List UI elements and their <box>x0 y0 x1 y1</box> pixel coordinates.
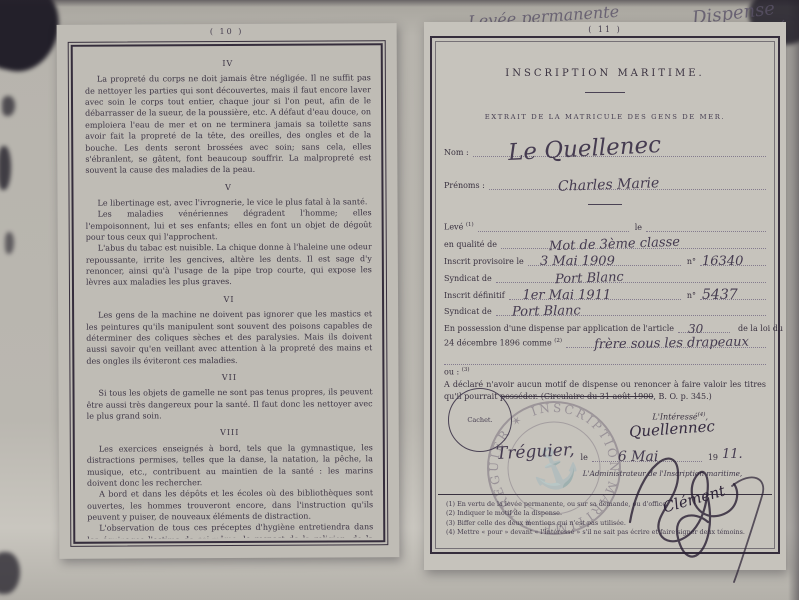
field-leve-line <box>478 220 629 232</box>
field-qualite: en qualité de Mot de 3ème classe <box>444 237 766 249</box>
photo-edge-shadow <box>788 0 799 600</box>
field-syndicat2-line: Port Blanc <box>496 304 766 316</box>
paragraph: Les maladies vénériennes dégradent l'hom… <box>86 208 372 244</box>
field-inscrit-provisoire: Inscrit provisoire le 3 Mai 1909 n° 1634… <box>444 254 766 266</box>
field-syndicat-2: Syndicat de Port Blanc <box>444 304 766 316</box>
left-page: ( 10 ) IV La propreté du corps ne doit j… <box>57 23 400 559</box>
field-ou: ou : (3) <box>444 367 766 377</box>
dispense-text-2: 24 décembre 1896 comme (2) <box>444 338 566 348</box>
place-value: Tréguier, <box>496 440 575 464</box>
photo-edge-shadow <box>0 0 799 7</box>
le-label: le <box>575 453 592 462</box>
dispense-motif-line: frère sous les drapeaux <box>566 336 766 348</box>
field-inscrit-def-label: Inscrit définitif <box>444 291 509 300</box>
field-qualite-label: en qualité de <box>444 240 501 249</box>
field-syndicat-1: Syndicat de Port Blanc <box>444 271 766 283</box>
field-leve-le-label: le <box>629 223 646 232</box>
field-qualite-line: Mot de 3ème classe <box>501 237 766 249</box>
dispense-text-1: En possession d'une dispense par applica… <box>444 324 678 333</box>
field-inscrit-definitif: Inscrit définitif 1er Mai 1911 n° 5437 <box>444 288 766 300</box>
numero-label: n° <box>681 291 700 300</box>
field-prenoms-label: Prénoms : <box>444 181 489 190</box>
scanned-booklet-photo: Levée permanente Dispense ( 10 ) IV La p… <box>0 0 799 600</box>
field-nom: Nom : Le Quellenec <box>444 145 766 157</box>
title-rule <box>585 92 625 93</box>
field-inscrit-def-line: 1er Mai 1911 <box>509 288 681 300</box>
right-page: ( 11 ) INSCRIPTION MARITIME. EXTRAIT DE … <box>424 22 786 570</box>
field-leve-label: Levé (1) <box>444 222 478 232</box>
field-prenoms-line: Charles Marie <box>489 178 766 190</box>
field-inscrit-def-no-line: 5437 <box>700 288 766 300</box>
photo-stain <box>0 146 11 190</box>
dispense-motif-value: frère sous les drapeaux <box>594 335 749 353</box>
field-inscrit-def-no: 5437 <box>702 287 738 303</box>
field-dispense-line2: 24 décembre 1896 comme (2) frère sous le… <box>444 336 766 348</box>
blank-dotted-line <box>444 353 766 365</box>
field-nom-line: Le Quellenec <box>473 145 766 157</box>
dispense-continuation-line <box>444 353 766 365</box>
paragraph: L'abus du tabac est nuisible. La chique … <box>86 242 372 289</box>
form-subtitle: EXTRAIT DE LA MATRICULE DES GENS DE MER. <box>444 113 766 121</box>
paragraph: Les exercices enseignés à bord, tels que… <box>87 442 373 489</box>
field-dispense-line1: En possession d'une dispense par applica… <box>444 321 766 333</box>
section-heading: VII <box>86 371 372 384</box>
paragraph: L'observation de tous ces préceptes d'hy… <box>87 522 373 539</box>
left-page-text: IV La propreté du corps ne doit jamais ê… <box>85 51 374 538</box>
dispense-text-1b: de la loi du <box>730 324 787 333</box>
field-nom-label: Nom : <box>444 148 473 157</box>
paragraph: La propreté du corps ne doit jamais être… <box>85 73 372 177</box>
right-page-number: ( 11 ) <box>424 25 786 34</box>
field-syndicat2-value: Port Blanc <box>512 303 581 319</box>
paragraph: Les gens de la machine ne doivent pas ig… <box>86 308 372 366</box>
paragraph: Si tous les objets de gamelle ne sont pa… <box>87 387 373 423</box>
field-inscrit-prov-no-line: 16340 <box>700 254 766 266</box>
paragraph: A bord et dans les dépôts et les écoles … <box>87 487 373 523</box>
left-page-number: ( 10 ) <box>57 26 397 37</box>
field-syndicat2-label: Syndicat de <box>444 307 496 316</box>
field-syndicat1-label: Syndicat de <box>444 274 496 283</box>
photo-stain <box>0 552 20 594</box>
field-syndicat1-value: Port Blanc <box>555 270 624 287</box>
form-title: INSCRIPTION MARITIME. <box>444 68 766 79</box>
field-prenoms: Prénoms : Charles Marie <box>444 178 766 190</box>
field-inscrit-prov-no: 16340 <box>702 254 743 269</box>
section-heading: V <box>85 181 371 194</box>
field-leve: Levé (1) le <box>444 220 766 232</box>
section-heading: VI <box>86 293 372 306</box>
field-inscrit-prov-value: 3 Mai 1909 <box>540 254 615 269</box>
dispense-article-value: 30 <box>688 322 703 336</box>
photo-stain <box>2 96 15 116</box>
section-heading: VIII <box>87 427 373 440</box>
field-syndicat1-line: Port Blanc <box>496 271 766 283</box>
field-inscrit-def-value: 1er Mai 1911 <box>522 288 611 303</box>
field-inscrit-prov-label: Inscrit provisoire le <box>444 257 528 266</box>
ou-label: ou : (3) <box>444 367 474 377</box>
dispense-article-line: 30 <box>678 321 730 333</box>
numero-label: n° <box>681 257 700 266</box>
field-leve-date-line <box>646 220 766 232</box>
field-inscrit-prov-line: 3 Mai 1909 <box>528 254 681 266</box>
section-heading: IV <box>85 57 371 70</box>
divider-rule <box>588 204 622 205</box>
declaration-post: , B. O. p. 345.) <box>653 392 711 401</box>
photo-stain <box>5 232 14 254</box>
